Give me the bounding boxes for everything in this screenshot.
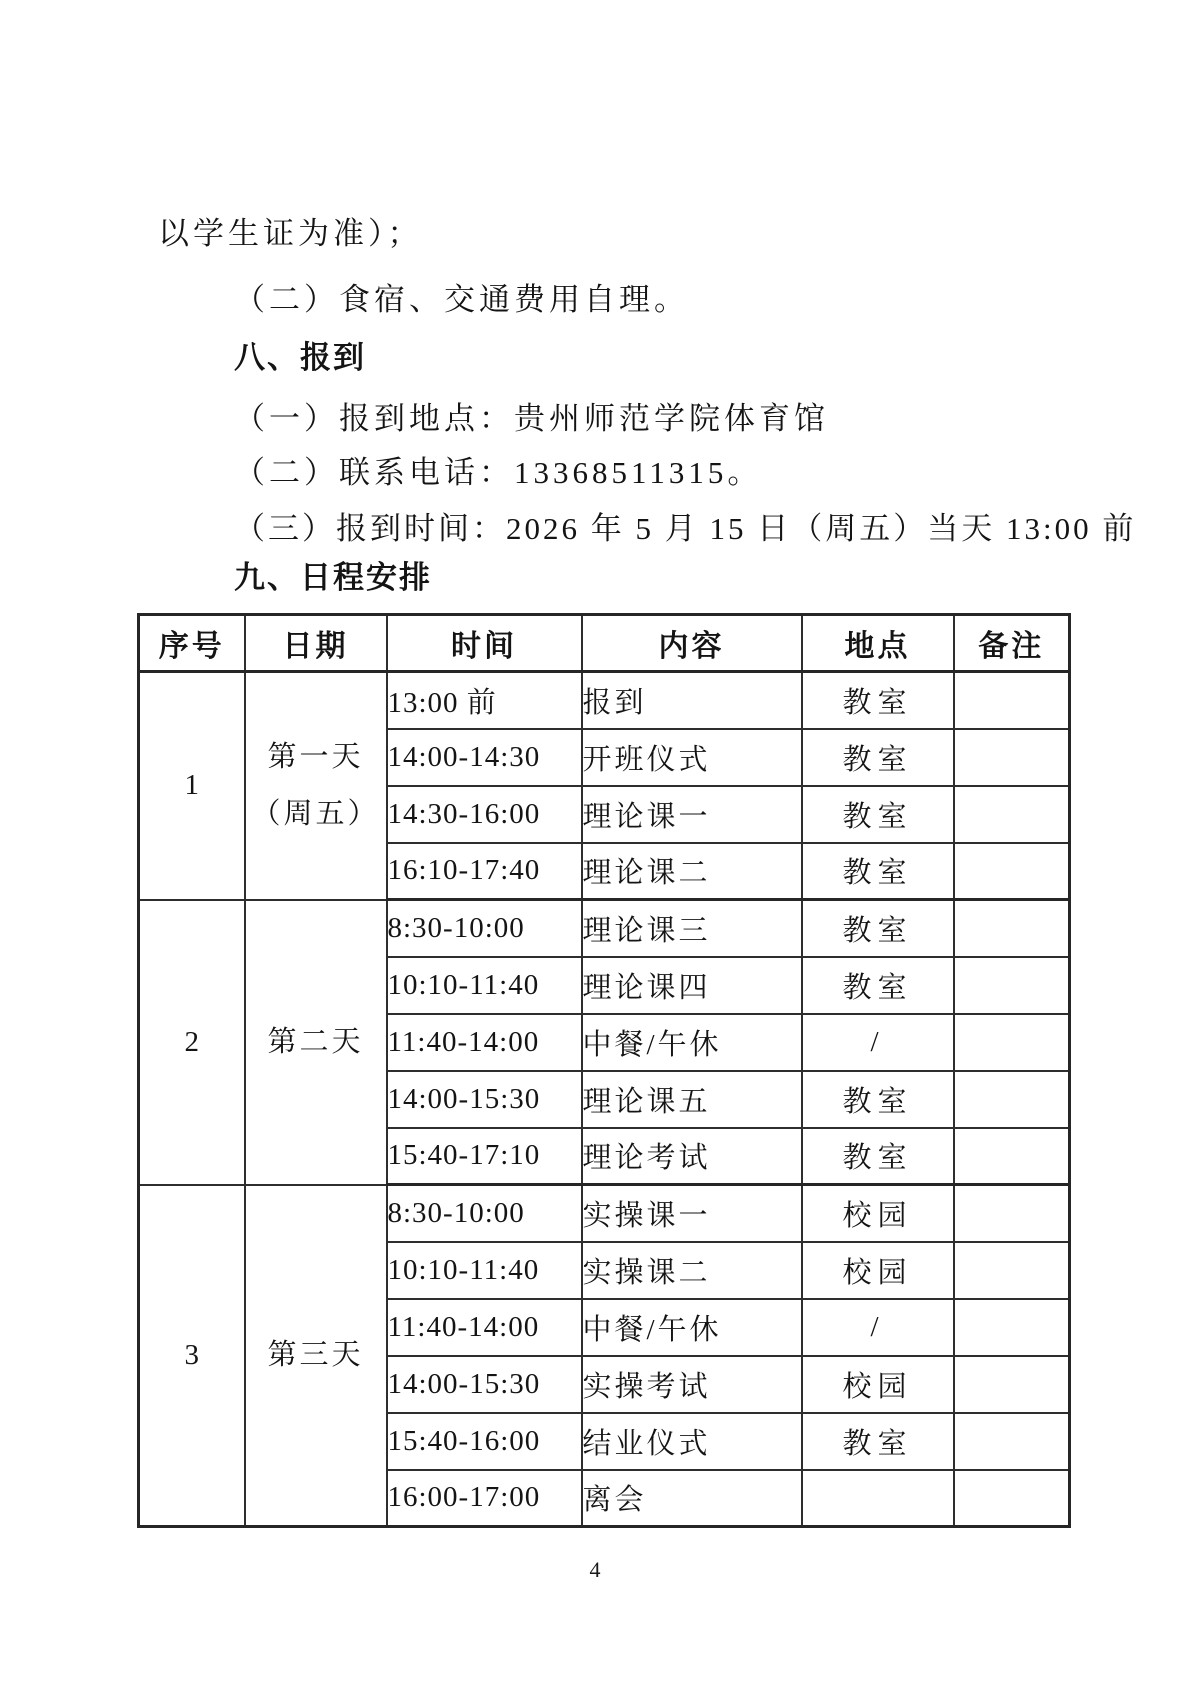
schedule-header-row: 序号 日期 时间 内容 地点 备注 (139, 615, 1070, 672)
place-cell: / (802, 1014, 954, 1071)
note-cell (954, 729, 1070, 786)
schedule-row: 3 第三天 8:30-10:00 实操课一 校园 (139, 1185, 1070, 1242)
time-cell: 8:30-10:00 (387, 900, 582, 957)
place-cell: 教室 (802, 900, 954, 957)
note-cell (954, 1014, 1070, 1071)
place-cell: 教室 (802, 1128, 954, 1185)
content-cell: 理论课三 (582, 900, 802, 957)
time-cell: 10:10-11:40 (387, 957, 582, 1014)
place-cell: 教室 (802, 1413, 954, 1470)
time-cell: 16:00-17:00 (387, 1470, 582, 1527)
note-cell (954, 957, 1070, 1014)
date-line-1: 第一天 (246, 729, 386, 786)
content-cell: 报到 (582, 672, 802, 729)
date-cell: 第二天 (245, 900, 387, 1185)
place-cell: 教室 (802, 957, 954, 1014)
schedule-row: 1 第一天 （周五） 13:00 前 报到 教室 (139, 672, 1070, 729)
content-cell: 实操课一 (582, 1185, 802, 1242)
note-cell (954, 1470, 1070, 1527)
content-cell: 理论课一 (582, 786, 802, 843)
paragraph-contact-phone: （二）联系电话：13368511315。 (137, 455, 1068, 491)
note-cell (954, 1128, 1070, 1185)
place-cell: 教室 (802, 672, 954, 729)
heading-section-9-schedule: 九、日程安排 (137, 560, 1068, 596)
content-cell: 中餐/午休 (582, 1299, 802, 1356)
paragraph-continuation: 以学生证为准）； (137, 216, 1068, 252)
paragraph-fees: （二）食宿、交通费用自理。 (137, 282, 1068, 318)
time-cell: 16:10-17:40 (387, 843, 582, 900)
content-cell: 中餐/午休 (582, 1014, 802, 1071)
place-cell: 校园 (802, 1356, 954, 1413)
header-note: 备注 (954, 615, 1070, 672)
date-cell: 第一天 （周五） (245, 672, 387, 900)
content-cell: 结业仪式 (582, 1413, 802, 1470)
time-cell: 14:30-16:00 (387, 786, 582, 843)
header-time: 时间 (387, 615, 582, 672)
date-line-1: 第二天 (246, 1014, 386, 1071)
time-cell: 13:00 前 (387, 672, 582, 729)
time-cell: 11:40-14:00 (387, 1014, 582, 1071)
header-place: 地点 (802, 615, 954, 672)
place-cell: / (802, 1299, 954, 1356)
schedule-row: 2 第二天 8:30-10:00 理论课三 教室 (139, 900, 1070, 957)
content-cell: 理论课二 (582, 843, 802, 900)
content-cell: 离会 (582, 1470, 802, 1527)
place-cell: 校园 (802, 1185, 954, 1242)
content-cell: 实操考试 (582, 1356, 802, 1413)
note-cell (954, 786, 1070, 843)
time-cell: 11:40-14:00 (387, 1299, 582, 1356)
time-cell: 14:00-14:30 (387, 729, 582, 786)
place-cell: 教室 (802, 1071, 954, 1128)
note-cell (954, 1071, 1070, 1128)
note-cell (954, 1185, 1070, 1242)
note-cell (954, 900, 1070, 957)
time-cell: 15:40-16:00 (387, 1413, 582, 1470)
serial-cell: 2 (139, 900, 245, 1185)
paragraph-report-location: （一）报到地点：贵州师范学院体育馆 (137, 401, 1068, 437)
paragraph-report-time: （三）报到时间：2026 年 5 月 15 日（周五）当天 13:00 前 (137, 511, 1068, 547)
header-content: 内容 (582, 615, 802, 672)
note-cell (954, 1299, 1070, 1356)
note-cell (954, 1242, 1070, 1299)
date-line-1: 第三天 (246, 1327, 386, 1384)
schedule-table: 序号 日期 时间 内容 地点 备注 1 第一天 （周五） 13:00 前 (137, 613, 1071, 1528)
date-cell: 第三天 (245, 1185, 387, 1527)
place-cell: 教室 (802, 843, 954, 900)
content-cell: 理论课四 (582, 957, 802, 1014)
serial-cell: 3 (139, 1185, 245, 1527)
time-cell: 15:40-17:10 (387, 1128, 582, 1185)
heading-section-8-registration: 八、报到 (137, 340, 1068, 376)
content-cell: 理论课五 (582, 1071, 802, 1128)
time-cell: 8:30-10:00 (387, 1185, 582, 1242)
content-cell: 开班仪式 (582, 729, 802, 786)
header-serial: 序号 (139, 615, 245, 672)
note-cell (954, 1413, 1070, 1470)
header-date: 日期 (245, 615, 387, 672)
document-page: 以学生证为准）； （二）食宿、交通费用自理。 八、报到 （一）报到地点：贵州师范… (0, 0, 1190, 1682)
content-cell: 理论考试 (582, 1128, 802, 1185)
place-cell (802, 1470, 954, 1527)
time-cell: 14:00-15:30 (387, 1356, 582, 1413)
note-cell (954, 672, 1070, 729)
serial-cell: 1 (139, 672, 245, 900)
note-cell (954, 1356, 1070, 1413)
page-number: 4 (0, 1557, 1190, 1583)
note-cell (954, 843, 1070, 900)
time-cell: 14:00-15:30 (387, 1071, 582, 1128)
document-content: 以学生证为准）； （二）食宿、交通费用自理。 八、报到 （一）报到地点：贵州师范… (137, 0, 1068, 1528)
date-line-2: （周五） (246, 786, 386, 843)
content-cell: 实操课二 (582, 1242, 802, 1299)
time-cell: 10:10-11:40 (387, 1242, 582, 1299)
place-cell: 教室 (802, 729, 954, 786)
place-cell: 教室 (802, 786, 954, 843)
place-cell: 校园 (802, 1242, 954, 1299)
